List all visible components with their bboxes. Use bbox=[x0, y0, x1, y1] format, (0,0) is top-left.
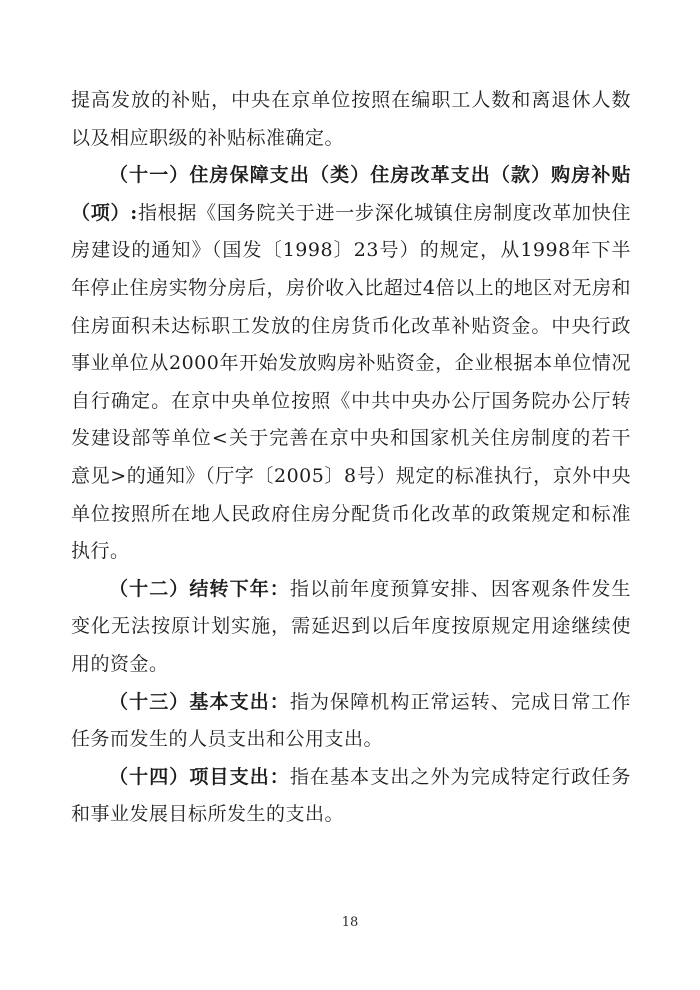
paragraph-continuation: 提高发放的补贴，中央在京单位按照在编职工人数和离退休人数以及相应职级的补贴标准确… bbox=[71, 82, 631, 157]
paragraph-item-13: （十三）基本支出：指为保障机构正常运转、完成日常工作任务而发生的人员支出和公用支… bbox=[71, 684, 631, 759]
paragraph-item-11: （十一）住房保障支出（类）住房改革支出（款）购房补贴（项）:指根据《国务院关于进… bbox=[71, 157, 631, 571]
page-number: 18 bbox=[0, 915, 700, 930]
document-content: 提高发放的补贴，中央在京单位按照在编职工人数和离退休人数以及相应职级的补贴标准确… bbox=[71, 82, 631, 834]
paragraph-heading: （十二）结转下年： bbox=[109, 578, 290, 600]
paragraph-item-12: （十二）结转下年：指以前年度预算安排、因客观条件发生变化无法按原计划实施，需延迟… bbox=[71, 571, 631, 684]
paragraph-heading: （十三）基本支出： bbox=[109, 691, 290, 713]
document-page: 提高发放的补贴，中央在京单位按照在编职工人数和离退休人数以及相应职级的补贴标准确… bbox=[0, 0, 700, 990]
paragraph-heading: （十四）项目支出： bbox=[109, 766, 290, 788]
paragraph-item-14: （十四）项目支出：指在基本支出之外为完成特定行政任务和事业发展目标所发生的支出。 bbox=[71, 759, 631, 834]
paragraph-text: 指根据《国务院关于进一步深化城镇住房制度改革加快住房建设的通知》（国发〔1998… bbox=[71, 202, 631, 562]
paragraph-text: 提高发放的补贴，中央在京单位按照在编职工人数和离退休人数以及相应职级的补贴标准确… bbox=[71, 89, 631, 149]
